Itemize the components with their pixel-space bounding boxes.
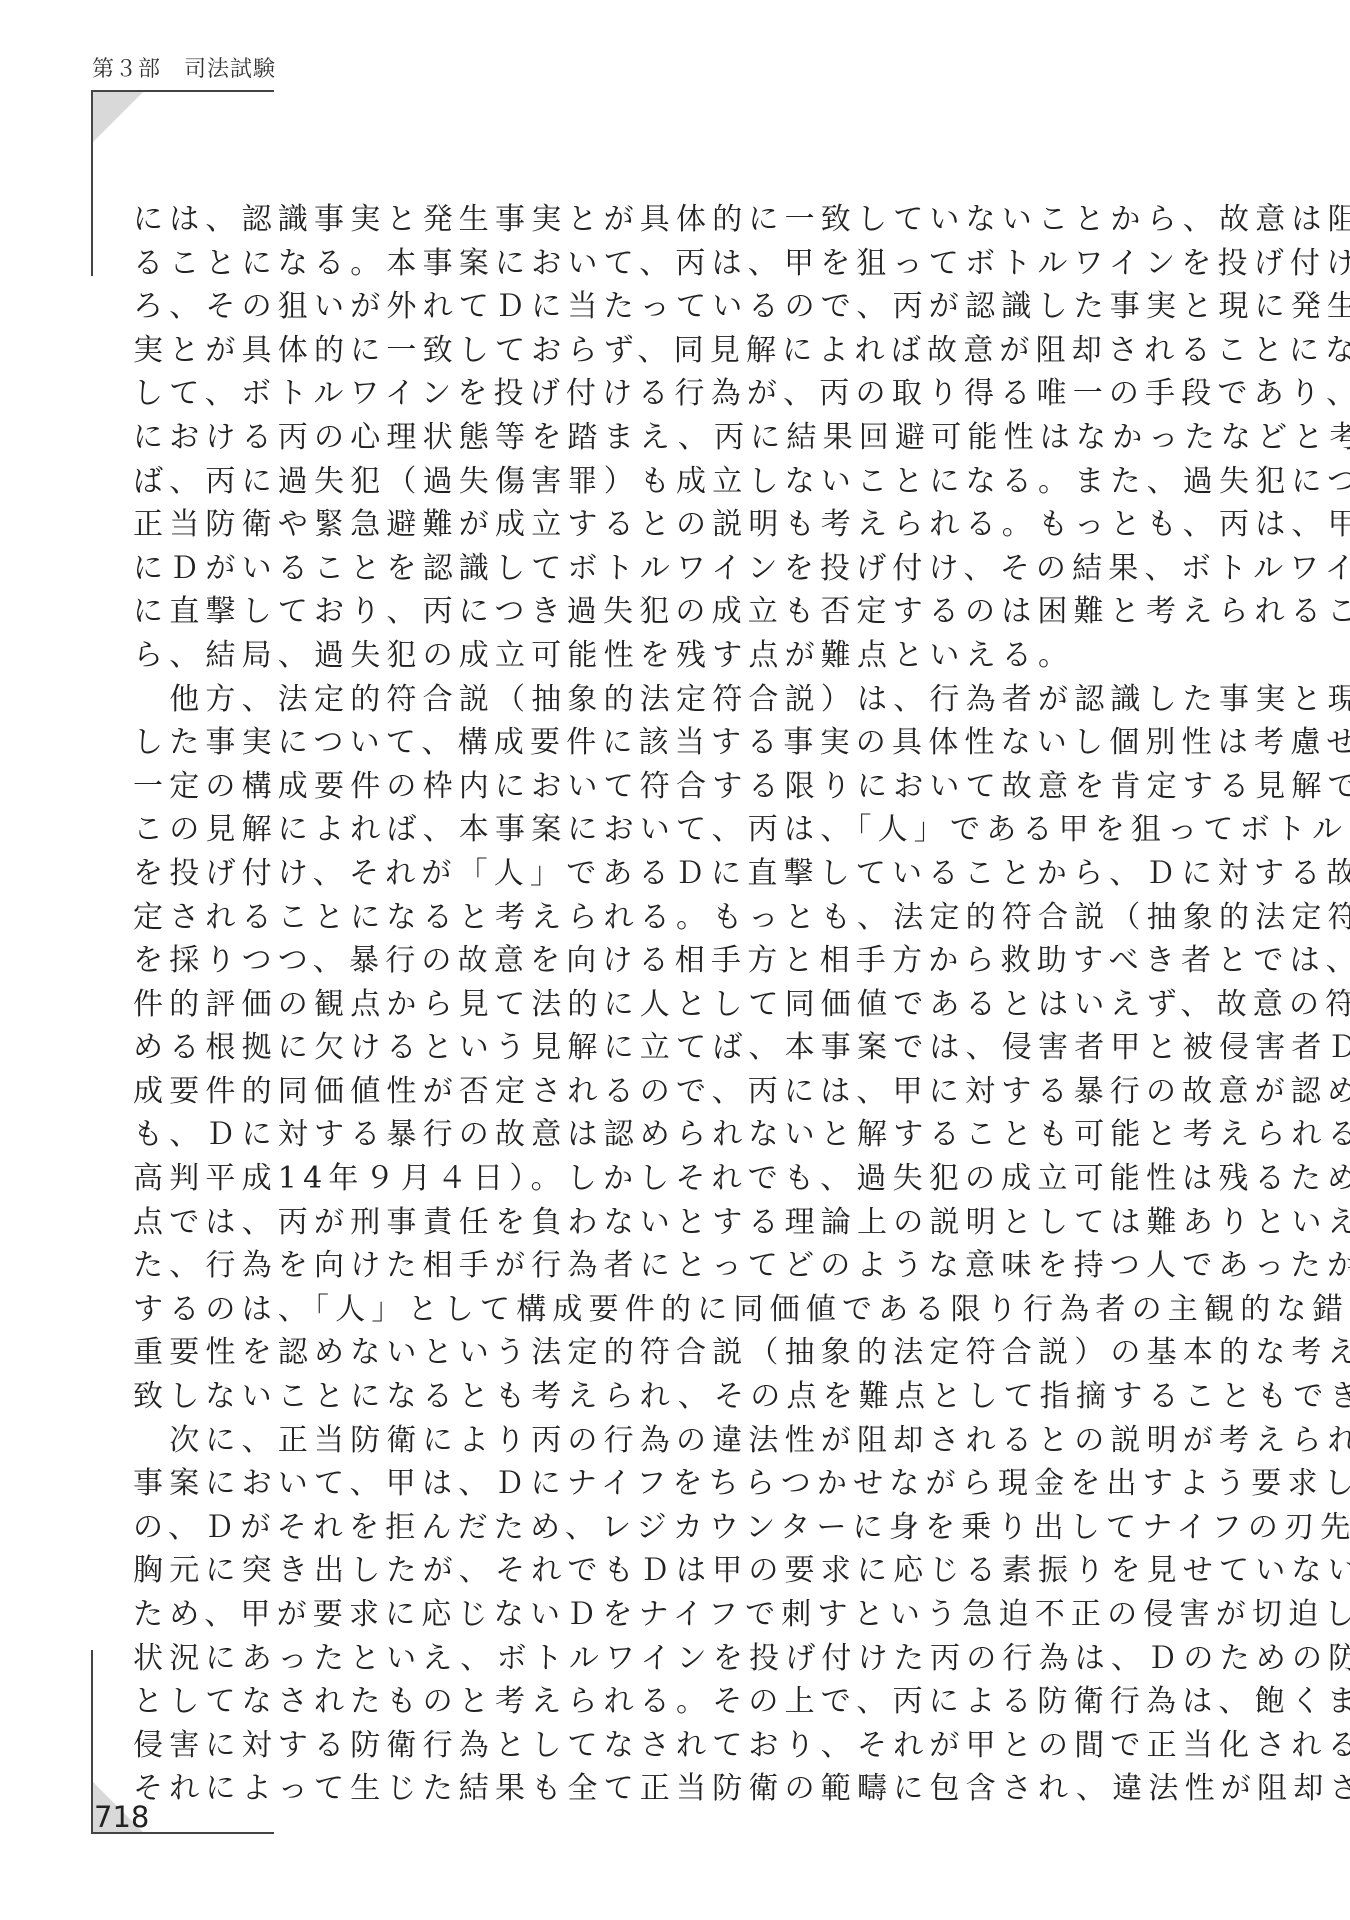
text-line: も、Ｄに対する暴行の故意は認められないと解することも可能と考えられる（大阪 [133,1113,1163,1157]
text-line: 重要性を認めないという法定的符合説（抽象的法定符合説）の基本的な考えとも合 [133,1331,1163,1375]
text-line: 高判平成14年９月４日）。しかしそれでも、過失犯の成立可能性は残るため、その [133,1157,1163,1201]
text-line: それによって生じた結果も全て正当防衛の範疇に包含され、違法性が阻却されるな [133,1767,1163,1811]
text-line: ら、結局、過失犯の成立可能性を残す点が難点といえる。 [133,634,1163,678]
text-line: の、Ｄがそれを拒んだため、レジカウンターに身を乗り出してナイフの刃先をＤの [133,1506,1163,1550]
text-line: 点では、丙が刑事責任を負わないとする理論上の説明としては難ありといえる。ま [133,1201,1163,1245]
text-line: ば、丙に過失犯（過失傷害罪）も成立しないことになる。また、過失犯について、 [133,460,1163,504]
text-line: するのは、「人」として構成要件的に同価値である限り行為者の主観的な錯誤には [133,1288,1163,1332]
text-line: 次に、正当防衛により丙の行為の違法性が阻却されるとの説明が考えられる。本 [133,1419,1163,1463]
top-corner-triangle-decoration [93,92,143,142]
text-line: 実とが具体的に一致しておらず、同見解によれば故意が阻却されることになる。そ [133,329,1163,373]
text-line: この見解によれば、本事案において、丙は、「人」である甲を狙ってボトルワイン [133,808,1163,852]
text-line: には、認識事実と発生事実とが具体的に一致していないことから、故意は阻却され [133,198,1163,242]
text-line: 事案において、甲は、Ｄにナイフをちらつかせながら現金を出すよう要求したもの [133,1462,1163,1506]
text-line: 一定の構成要件の枠内において符合する限りにおいて故意を肯定する見解であり、 [133,765,1163,809]
body-text: には、認識事実と発生事実とが具体的に一致していないことから、故意は阻却され るこ… [133,198,1163,1811]
text-line: にＤがいることを認識してボトルワインを投げ付け、その結果、ボトルワインがＤ [133,547,1163,591]
text-line: して、ボトルワインを投げ付ける行為が、丙の取り得る唯一の手段であり、行為時 [133,372,1163,416]
text-line: 正当防衛や緊急避難が成立するとの説明も考えられる。もっとも、丙は、甲の間近 [133,503,1163,547]
text-line: 状況にあったといえ、ボトルワインを投げ付けた丙の行為は、Ｄのための防衛行為 [133,1637,1163,1681]
text-line: 胸元に突き出したが、それでもＤは甲の要求に応じる素振りを見せていない。その [133,1549,1163,1593]
text-line: 他方、法定的符合説（抽象的法定符合説）は、行為者が認識した事実と現に発生 [133,678,1163,722]
text-line: を投げ付け、それが「人」であるＤに直撃していることから、Ｄに対する故意が肯 [133,852,1163,896]
text-line: における丙の心理状態等を踏まえ、丙に結果回避可能性はなかったなどと考えれ [133,416,1163,460]
text-line: ろ、その狙いが外れてＤに当たっているので、丙が認識した事実と現に発生した事 [133,285,1163,329]
text-line: 件的評価の観点から見て法的に人として同価値であるとはいえず、故意の符合を認 [133,983,1163,1027]
text-line: める根拠に欠けるという見解に立てば、本事案では、侵害者甲と被侵害者Ｄとの構 [133,1026,1163,1070]
text-line: た、行為を向けた相手が行為者にとってどのような意味を持つ人であったかを重視 [133,1244,1163,1288]
text-line: ることになる。本事案において、丙は、甲を狙ってボトルワインを投げ付けたとこ [133,242,1163,286]
running-header-part-title: 第３部 司法試験 [92,52,276,83]
text-line: ため、甲が要求に応じないＤをナイフで刺すという急迫不正の侵害が切迫している [133,1593,1163,1637]
text-line: を採りつつ、暴行の故意を向ける相手方と相手方から救助すべき者とでは、構成要 [133,939,1163,983]
text-line: 致しないことになるとも考えられ、その点を難点として指摘することもできる。 [133,1375,1163,1419]
text-line: 定されることになると考えられる。もっとも、法定的符合説（抽象的法定符合説） [133,896,1163,940]
text-line: としてなされたものと考えられる。その上で、丙による防衛行為は、飽くまで甲の [133,1680,1163,1724]
text-line: に直撃しており、丙につき過失犯の成立も否定するのは困難と考えられることか [133,590,1163,634]
text-line: 成要件的同価値性が否定されるので、丙には、甲に対する暴行の故意が認められて [133,1070,1163,1114]
text-line: 侵害に対する防衛行為としてなされており、それが甲との間で正当化される以上、 [133,1724,1163,1768]
text-line: した事実について、構成要件に該当する事実の具体性ないし個別性は考慮せずに、 [133,721,1163,765]
page-number: 718 [94,1800,149,1834]
